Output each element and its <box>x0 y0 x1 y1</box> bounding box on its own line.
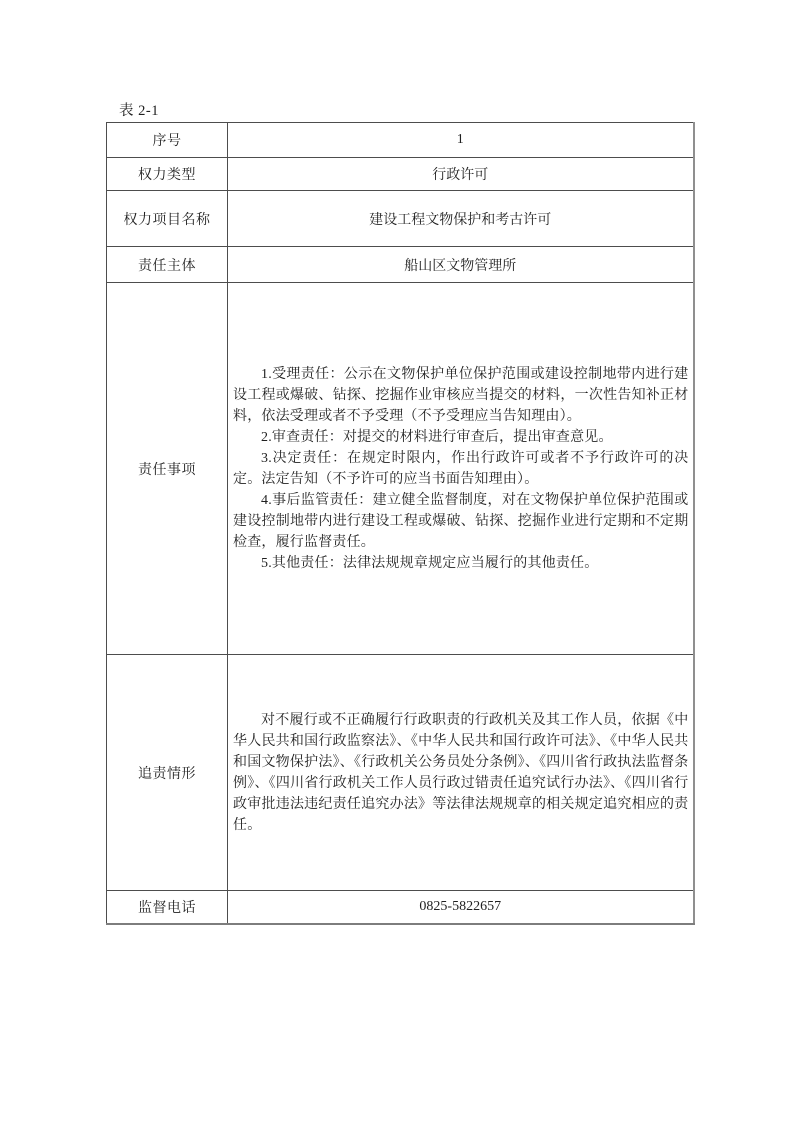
table-row-accountability-situations: 追责情形 对不履行或不正确履行行政职责的行政机关及其工作人员，依据《中华人民共和… <box>107 655 694 891</box>
table-row-serial-number: 序号 1 <box>107 123 694 158</box>
duty-paragraph-supervision: 4.事后监管责任：建立健全监督制度，对在文物保护单位保护范围或建设控制地带内进行… <box>233 490 689 553</box>
responsibility-table: 序号 1 权力类型 行政许可 权力项目名称 建设工程文物保护和考古许可 责任主体… <box>106 122 695 925</box>
table-row-supervision-phone: 监督电话 0825-5822657 <box>107 891 694 924</box>
accountability-label: 追责情形 <box>107 655 228 891</box>
table-row-responsibility-items: 责任事项 1.受理责任：公示在文物保护单位保护范围或建设控制地带内进行建设工程或… <box>107 283 694 655</box>
table-row-responsible-entity: 责任主体 船山区文物管理所 <box>107 247 694 283</box>
document-page: { "document": { "table_label": "表 2-1", … <box>0 0 793 1122</box>
duty-paragraph-other: 5.其他责任：法律法规规章规定应当履行的其他责任。 <box>233 553 689 574</box>
power-item-name-value: 建设工程文物保护和考古许可 <box>228 191 694 247</box>
table-caption: 表 2-1 <box>119 99 159 120</box>
accountability-paragraph: 对不履行或不正确履行行政职责的行政机关及其工作人员，依据《中华人民共和国行政监察… <box>233 710 689 836</box>
table-row-power-type: 权力类型 行政许可 <box>107 158 694 191</box>
serial-number-value: 1 <box>228 123 694 158</box>
duty-paragraph-decision: 3.决定责任：在规定时限内，作出行政许可或者不予行政许可的决定。法定告知（不予许… <box>233 448 689 490</box>
responsible-entity-value: 船山区文物管理所 <box>228 247 694 283</box>
responsible-entity-label: 责任主体 <box>107 247 228 283</box>
supervision-phone-value: 0825-5822657 <box>228 891 694 924</box>
power-type-value: 行政许可 <box>228 158 694 191</box>
table-row-power-item-name: 权力项目名称 建设工程文物保护和考古许可 <box>107 191 694 247</box>
responsibility-items-label: 责任事项 <box>107 283 228 655</box>
supervision-phone-label: 监督电话 <box>107 891 228 924</box>
power-item-name-label: 权力项目名称 <box>107 191 228 247</box>
responsibility-items-value: 1.受理责任：公示在文物保护单位保护范围或建设控制地带内进行建设工程或爆破、钻探… <box>228 283 694 655</box>
duty-paragraph-review: 2.审查责任：对提交的材料进行审查后，提出审查意见。 <box>233 427 689 448</box>
duty-paragraph-acceptance: 1.受理责任：公示在文物保护单位保护范围或建设控制地带内进行建设工程或爆破、钻探… <box>233 364 689 427</box>
serial-number-label: 序号 <box>107 123 228 158</box>
accountability-value: 对不履行或不正确履行行政职责的行政机关及其工作人员，依据《中华人民共和国行政监察… <box>228 655 694 891</box>
power-type-label: 权力类型 <box>107 158 228 191</box>
